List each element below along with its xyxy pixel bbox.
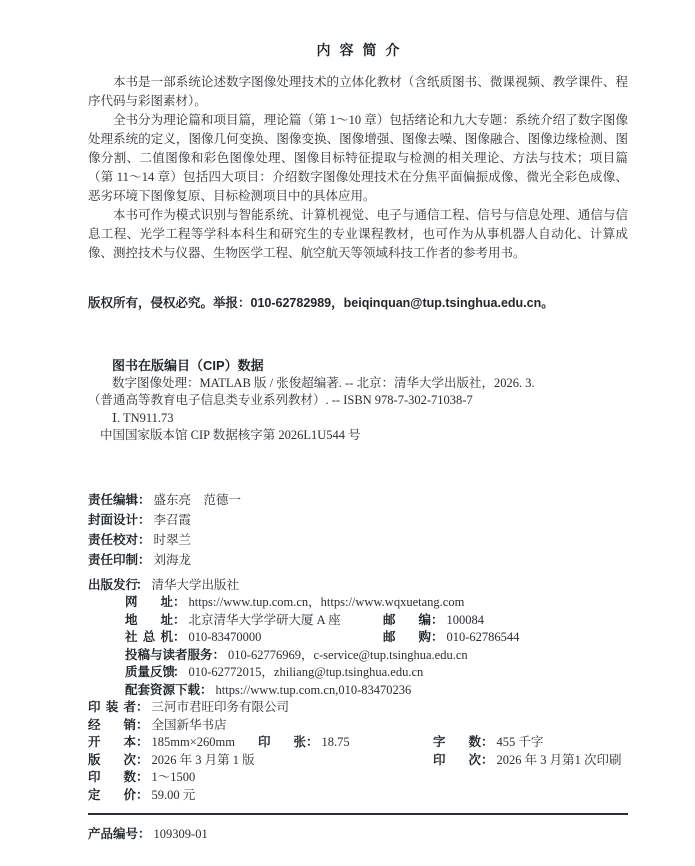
- field-label: 开本: [88, 734, 136, 752]
- intro-paragraph: 全书分为理论篇和项目篇，理论篇（第 1～10 章）包括绪论和九大专题：系统介绍了…: [88, 111, 628, 206]
- publication-row-website: 网址：https://www.tup.com.cn，https://www.wq…: [88, 594, 628, 612]
- field-label: 质量反馈: [125, 664, 173, 682]
- colophon-page: 内容简介 本书是一部系统论述数字图像处理技术的立体化教材（含纸质图书、微课视频、…: [0, 0, 695, 866]
- field-label: 字数: [433, 734, 481, 752]
- field-value: 185mm×260mm: [152, 735, 235, 749]
- staff-label: 封面设计: [88, 513, 138, 527]
- staff-label: 责任校对: [88, 533, 138, 547]
- field-value: https://www.tup.com.cn,010-83470236: [216, 683, 412, 697]
- field-label: 印数: [88, 769, 136, 787]
- publication-row-edition: 版次：2026 年 3 月第 1 版 印次：2026 年 3 月第1 次印刷: [88, 752, 628, 770]
- field-label: 网址: [125, 594, 173, 612]
- field-label: 经销: [88, 717, 136, 735]
- cip-line: Ⅰ. TN911.73: [88, 410, 628, 428]
- label-colon: ：: [138, 513, 151, 527]
- field-value: 010-62786544: [447, 630, 520, 644]
- divider-rule: [88, 813, 628, 815]
- cip-line: 数字图像处理：MATLAB 版 / 张俊超编著. -- 北京：清华大学出版社，2…: [88, 375, 628, 393]
- field-value: 2026 年 3 月第 1 版: [152, 753, 255, 767]
- label-colon: ：: [136, 735, 149, 749]
- field-value: 18.75: [322, 735, 350, 749]
- field-value: 三河市君旺印务有限公司: [152, 700, 290, 714]
- field-value: 010-62772015，zhiliang@tup.tsinghua.edu.c…: [189, 665, 424, 679]
- field-label: 印张: [258, 734, 306, 752]
- label-colon: ：: [138, 553, 151, 567]
- cip-title: 图书在版编目（CIP）数据: [88, 357, 628, 375]
- staff-block: 责任编辑：盛东亮 范德一 封面设计：李召霞 责任校对：时翠兰 责任印制：刘海龙: [88, 490, 628, 570]
- field-label: 出版发行: [88, 577, 136, 595]
- field-label: 邮编: [383, 612, 431, 630]
- label-colon: ：: [431, 630, 444, 644]
- label-colon: ：: [136, 753, 149, 767]
- cip-block: 图书在版编目（CIP）数据 数字图像处理：MATLAB 版 / 张俊超编著. -…: [88, 357, 628, 445]
- label-colon: ：: [306, 735, 319, 749]
- label-colon: ：: [138, 533, 151, 547]
- publication-block: 出版发行：清华大学出版社 网址：https://www.tup.com.cn，h…: [88, 577, 628, 805]
- product-number-row: 产品编号：109309-01: [88, 824, 628, 842]
- label-colon: ：: [136, 718, 149, 732]
- intro-paragraph: 本书可作为模式识别与智能系统、计算机视觉、电子与通信工程、信号与信息处理、通信与…: [88, 206, 628, 263]
- cip-line: （普通高等教育电子信息类专业系列教材）. -- ISBN 978-7-302-7…: [88, 392, 628, 410]
- copyright-notice: 版权所有，侵权必究。举报：010-62782989，beiqinquan@tup…: [88, 293, 628, 311]
- field-label: 地址: [125, 612, 173, 630]
- label-colon: ：: [200, 683, 213, 697]
- staff-row: 责任校对：时翠兰: [88, 530, 628, 550]
- field-zipcode: 邮编：100084: [383, 612, 484, 630]
- field-sheets: 印张：18.75: [258, 734, 350, 752]
- field-value: 455 千字: [497, 735, 544, 749]
- field-mailorder: 邮购：010-62786544: [383, 629, 519, 647]
- intro-title: 内容简介: [88, 40, 628, 60]
- field-label: 邮购: [383, 629, 431, 647]
- publication-row-format: 开本：185mm×260mm 印张：18.75 字数：455 千字: [88, 734, 628, 752]
- staff-value: 刘海龙: [154, 553, 192, 567]
- label-colon: ：: [481, 735, 494, 749]
- publication-row-address: 地址：北京清华大学学研大厦 A 座 邮编：100084: [88, 612, 628, 630]
- staff-row: 封面设计：李召霞: [88, 510, 628, 530]
- field-wordcount: 字数：455 千字: [433, 734, 543, 752]
- label-colon: ：: [138, 827, 151, 841]
- intro-paragraphs: 本书是一部系统论述数字图像处理技术的立体化教材（含纸质图书、微课视频、教学课件、…: [88, 73, 628, 263]
- label-colon: ：: [213, 648, 226, 662]
- staff-value: 时翠兰: [154, 533, 192, 547]
- product-number-label: 产品编号: [88, 827, 138, 841]
- field-label: 投稿与读者服务: [125, 648, 213, 662]
- publication-row-resources: 配套资源下载：https://www.tup.com.cn,010-834702…: [88, 682, 628, 700]
- label-colon: ：: [173, 630, 186, 644]
- field-value: https://www.tup.com.cn，https://www.wqxue…: [189, 595, 465, 609]
- label-colon: ：: [173, 595, 186, 609]
- publication-row-print-run: 印数：1～1500: [88, 769, 628, 787]
- field-label: 配套资源下载: [125, 683, 200, 697]
- label-colon: ：: [173, 613, 186, 627]
- publication-row-printer: 印装者：三河市君旺印务有限公司: [88, 699, 628, 717]
- label-colon: ：: [138, 493, 151, 507]
- field-value: 2026 年 3 月第1 次印刷: [497, 753, 622, 767]
- publication-row-quality-feedback: 质量反馈：010-62772015，zhiliang@tup.tsinghua.…: [88, 664, 628, 682]
- intro-paragraph: 本书是一部系统论述数字图像处理技术的立体化教材（含纸质图书、微课视频、教学课件、…: [88, 73, 628, 111]
- cip-line: 中国国家版本馆 CIP 数据核字第 2026L1U544 号: [88, 427, 628, 445]
- field-value: 100084: [447, 613, 485, 627]
- publication-row-switchboard: 社总机：010-83470000 邮购：010-62786544: [88, 629, 628, 647]
- field-impression: 印次：2026 年 3 月第1 次印刷: [433, 752, 622, 770]
- field-value: 全国新华书店: [152, 718, 227, 732]
- field-label: 社总机: [125, 629, 173, 647]
- label-colon: ：: [173, 665, 186, 679]
- label-colon: ：: [136, 700, 149, 714]
- field-label: 印次: [433, 752, 481, 770]
- field-value: 1～1500: [152, 770, 196, 784]
- page-content: 内容简介 本书是一部系统论述数字图像处理技术的立体化教材（含纸质图书、微课视频、…: [88, 0, 628, 842]
- staff-label: 责任编辑: [88, 493, 138, 507]
- field-value: 北京清华大学学研大厦 A 座: [189, 613, 341, 627]
- field-value: 59.00 元: [152, 788, 196, 802]
- field-label: 定价: [88, 787, 136, 805]
- publication-row-distributor: 经销：全国新华书店: [88, 717, 628, 735]
- publication-row-reader-service: 投稿与读者服务：010-62776969，c-service@tup.tsing…: [88, 647, 628, 665]
- field-value: 清华大学出版社: [152, 578, 240, 592]
- label-colon: ：: [136, 578, 149, 592]
- staff-value: 李召霞: [154, 513, 192, 527]
- staff-row: 责任印制：刘海龙: [88, 550, 628, 570]
- publication-row-price: 定价：59.00 元: [88, 787, 628, 805]
- field-value: 010-62776969，c-service@tup.tsinghua.edu.…: [228, 648, 468, 662]
- field-label: 印装者: [88, 699, 136, 717]
- product-number-value: 109309-01: [154, 827, 208, 841]
- staff-row: 责任编辑：盛东亮 范德一: [88, 490, 628, 510]
- publication-row-publisher: 出版发行：清华大学出版社: [88, 577, 628, 595]
- label-colon: ：: [431, 613, 444, 627]
- staff-label: 责任印制: [88, 553, 138, 567]
- label-colon: ：: [136, 770, 149, 784]
- field-value: 010-83470000: [189, 630, 262, 644]
- field-label: 版次: [88, 752, 136, 770]
- label-colon: ：: [481, 753, 494, 767]
- staff-value: 盛东亮 范德一: [154, 493, 242, 507]
- label-colon: ：: [136, 788, 149, 802]
